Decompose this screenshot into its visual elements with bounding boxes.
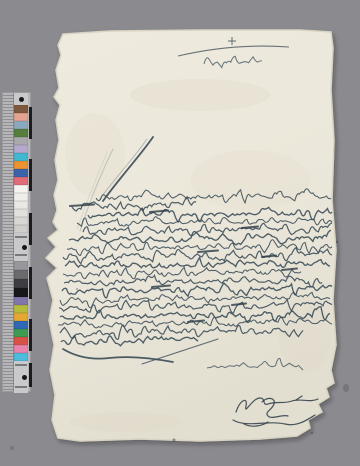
color-patch: [14, 169, 28, 177]
color-patch: [14, 145, 28, 153]
archival-photograph: [0, 0, 360, 466]
manuscript-photo-svg: [0, 0, 360, 466]
ruler-scale: [3, 93, 14, 391]
color-patch: [14, 337, 28, 345]
color-calibration-strip: [2, 92, 31, 392]
color-patch: [14, 153, 28, 161]
registration-dot-icon: [19, 97, 24, 102]
color-patch: [14, 279, 28, 288]
color-patch: [14, 105, 28, 113]
micro-text-bar: [15, 254, 27, 256]
color-patch: [14, 161, 28, 169]
color-patch: [14, 261, 28, 270]
color-patch: [14, 137, 28, 145]
color-patch: [14, 353, 28, 361]
registration-dot-icon: [22, 375, 27, 380]
color-patch: [14, 185, 28, 193]
strip-label: [14, 93, 28, 105]
color-patch: [14, 329, 28, 337]
color-patch: [14, 288, 28, 297]
color-patch: [14, 297, 28, 305]
color-patch-column: [14, 93, 28, 393]
color-patch: [14, 129, 28, 137]
strip-label: [14, 361, 28, 393]
micro-text-bar: [15, 386, 27, 388]
color-patch: [14, 113, 28, 121]
color-patch: [14, 177, 28, 185]
strip-label: [14, 233, 28, 261]
strip-edge-dash: [29, 363, 32, 387]
color-patch: [14, 313, 28, 321]
strip-edge-dash: [29, 267, 32, 299]
color-patch: [14, 201, 28, 209]
color-patch: [14, 209, 28, 217]
color-patch: [14, 321, 28, 329]
strip-edge-dash: [29, 213, 32, 245]
micro-text-bar: [15, 364, 27, 366]
color-patch: [14, 225, 28, 233]
strip-edge-dash: [29, 319, 32, 351]
color-patch: [14, 305, 28, 313]
color-patch: [14, 193, 28, 201]
color-patch: [14, 270, 28, 279]
strip-edge-dash: [29, 107, 32, 139]
color-patch: [14, 217, 28, 225]
registration-dot-icon: [22, 245, 27, 250]
micro-text-bar: [15, 236, 27, 238]
strip-edge-dash: [29, 159, 32, 191]
color-patch: [14, 121, 28, 129]
color-patch: [14, 345, 28, 353]
